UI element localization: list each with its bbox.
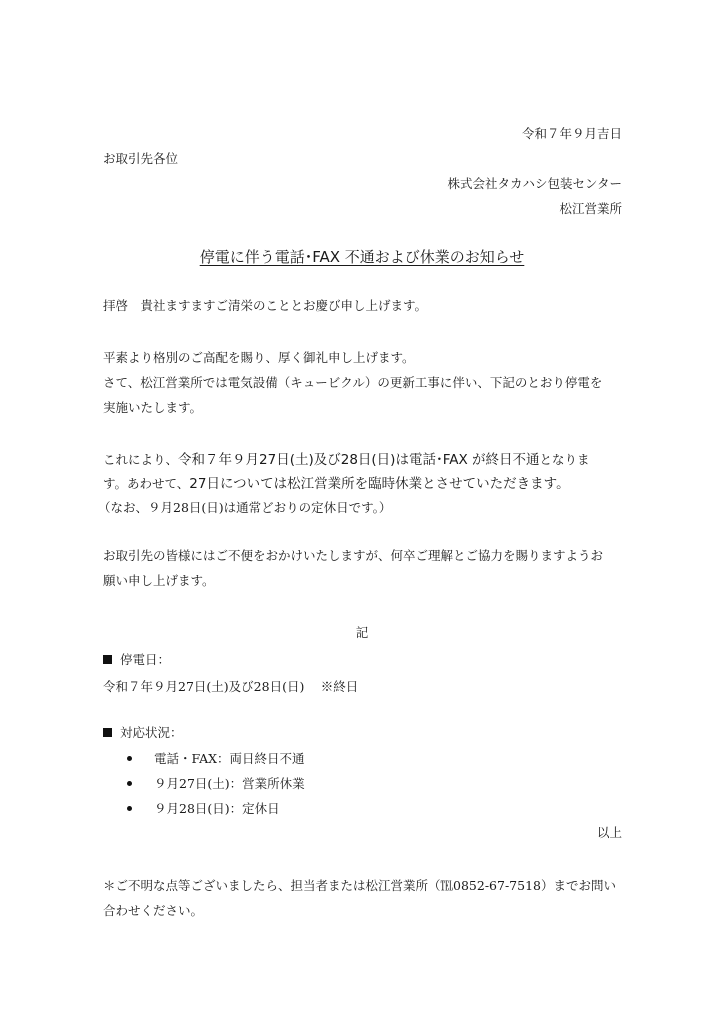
square-bullet-icon [103, 655, 112, 664]
status-heading: 対応状況： [103, 725, 183, 741]
para2-line2: す。あわせて、27日については松江営業所を臨時休業とさせていただきます。 [103, 476, 570, 492]
bullet-icon [127, 781, 132, 786]
closing-ijou: 以上 [597, 825, 622, 841]
status-item-label: ９月27日(土)：営業所休業 [154, 776, 305, 791]
bullet-icon [127, 756, 132, 761]
para1-line2: さて、松江営業所では電気設備（キュービクル）の更新工事に伴い、下記のとおり停電を [103, 375, 602, 391]
outage-emphasis: 令和７年９月27日(土)及び28日(日)は電話･FAX が終日不通 [178, 452, 539, 468]
outage-value: 令和７年９月27日(土)及び28日(日) ※終日 [103, 679, 358, 695]
para2-line2-pre: す。あわせて、 [103, 476, 189, 491]
para1-line1: 平素より格別のご高配を賜り、厚く御礼申し上げます。 [103, 350, 415, 366]
status-item: ９月28日(日)：定休日 [127, 801, 280, 817]
para2-line1-post: となりま [540, 452, 590, 467]
sender-office: 松江営業所 [559, 201, 622, 217]
ki-marker: 記 [0, 625, 724, 641]
outage-heading: 停電日： [103, 652, 170, 668]
greeting: 拝啓 貴社ますますご清栄のこととお慶び申し上げます。 [103, 298, 427, 314]
issue-date: 令和７年９月吉日 [522, 126, 622, 142]
status-heading-label: 対応状況： [120, 725, 183, 740]
closure-emphasis: 27日については松江営業所を臨時休業とさせていただきます。 [189, 476, 569, 492]
square-bullet-icon [103, 728, 112, 737]
para3-line2: 願い申し上げます。 [103, 573, 215, 589]
outage-heading-label: 停電日： [120, 652, 170, 667]
para3-line1: お取引先の皆様にはご不便をおかけいたしますが、何卒ご理解とご協力を賜りますようお [103, 548, 603, 564]
status-item: ９月27日(土)：営業所休業 [127, 776, 305, 792]
para2-line3: （なお、９月28日(日)は通常どおりの定休日です。） [98, 500, 391, 516]
document-title: 停電に伴う電話･FAX 不通および休業のお知らせ [0, 249, 724, 265]
note-line1: ＊ご不明な点等ございましたら、担当者または松江営業所（℡0852-67-7518… [103, 878, 616, 894]
para2-line1-pre: これにより、 [103, 452, 178, 467]
status-item: 電話・FAX：両日終日不通 [127, 751, 305, 767]
recipient: お取引先各位 [103, 151, 178, 167]
para2-line1: これにより、令和７年９月27日(土)及び28日(日)は電話･FAX が終日不通と… [103, 452, 590, 468]
status-item-label: 電話・FAX：両日終日不通 [154, 751, 305, 766]
bullet-icon [127, 806, 132, 811]
status-item-label: ９月28日(日)：定休日 [154, 801, 280, 816]
sender-company: 株式会社タカハシ包装センター [447, 176, 622, 192]
note-line2: 合わせください。 [103, 903, 203, 919]
para1-line3: 実施いたします。 [103, 400, 202, 416]
document-page: 令和７年９月吉日 お取引先各位 株式会社タカハシ包装センター 松江営業所 停電に… [0, 0, 724, 1024]
